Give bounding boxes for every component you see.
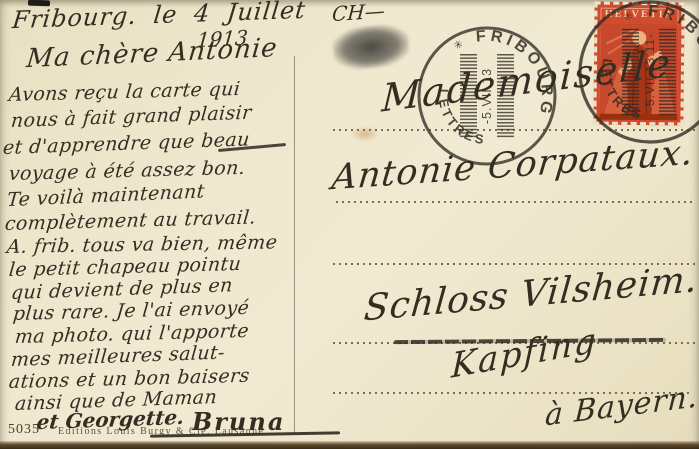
message-line: complètement au travail. <box>4 206 257 235</box>
svg-text:✳: ✳ <box>450 37 467 55</box>
pencil-smudge <box>331 22 412 73</box>
address-rule-2 <box>336 201 694 203</box>
postmark-right-star: ✳ <box>620 8 637 25</box>
address-place: Schloss Vilsheim. <box>362 259 699 330</box>
card-divider-line <box>294 56 295 434</box>
dateline: Fribourg. le 4 Juillet <box>11 0 307 34</box>
message-line: nous à fait grand plaisir <box>10 102 253 132</box>
address-town: Kapfing <box>451 320 599 387</box>
message-line: Te voilà maintenant <box>6 180 205 211</box>
postmark-left-star: ✳ <box>450 37 467 55</box>
card-bottom-edge <box>0 441 699 449</box>
postcard-scan: HELVETIA FRIBOURG <box>0 0 699 449</box>
message-line: voyage à été assez bon. <box>8 157 246 185</box>
route-note: CH— <box>331 0 385 26</box>
address-region: à Bayern. <box>544 379 699 433</box>
salutation: Ma chère Antonie <box>25 33 279 74</box>
ink-smear <box>28 0 50 6</box>
svg-text:✳: ✳ <box>620 8 637 25</box>
message-line: et d'apprendre que beau <box>2 128 251 159</box>
message-line: Avons reçu la carte qui <box>8 78 242 106</box>
foxing-spot <box>350 126 380 142</box>
